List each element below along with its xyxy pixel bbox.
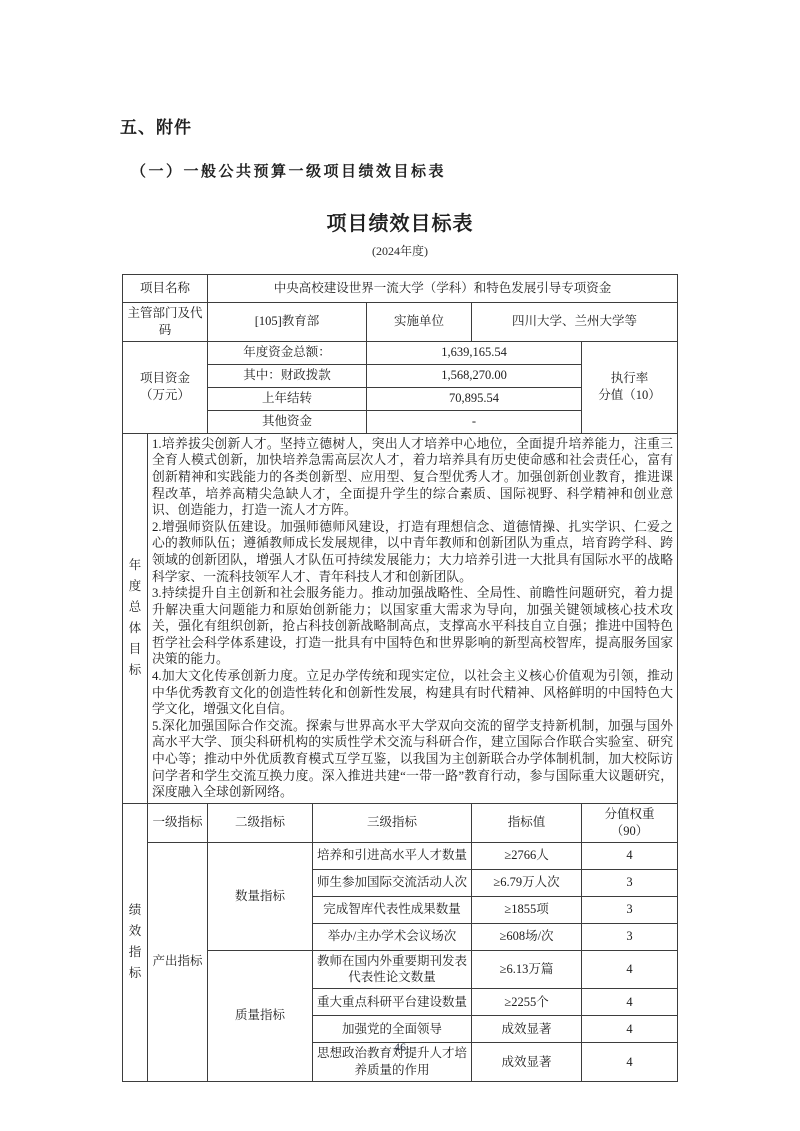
- funding-carryover-value: 70,895.54: [367, 387, 582, 410]
- header-level1: 一级指标: [148, 803, 208, 842]
- indicator-value-cell: ≥2766人: [472, 842, 582, 869]
- indicator-name-cell: 举办/主办学术会议场次: [313, 923, 472, 950]
- annual-goal-label: 年度总体目标: [123, 433, 148, 803]
- subsection-heading: （一）一般公共预算一级项目绩效目标表: [131, 160, 800, 181]
- indicator-value-cell: ≥1855项: [472, 896, 582, 923]
- indicator-name-cell: 培养和引进高水平人才数量: [313, 842, 472, 869]
- indicator-header-row: 绩效指标 一级指标 二级指标 三级指标 指标值 分值权重 （90）: [123, 803, 678, 842]
- indicator-name-cell: 完成智库代表性成果数量: [313, 896, 472, 923]
- performance-target-table: 项目名称 中央高校建设世界一流大学（学科）和特色发展引导专项资金 主管部门及代码…: [122, 274, 678, 1082]
- header-level3: 三级指标: [313, 803, 472, 842]
- indicator-weight-cell: 4: [582, 950, 678, 989]
- indicator-weight-cell: 3: [582, 869, 678, 896]
- implementer-value: 四川大学、兰州大学等: [472, 303, 678, 342]
- implementer-label: 实施单位: [367, 303, 472, 342]
- section-heading: 五、附件: [120, 113, 800, 138]
- indicator-value-cell: ≥2255个: [472, 989, 582, 1016]
- document-page: { "page": { "section_heading": "五、附件", "…: [0, 0, 800, 1131]
- indicator-name-cell: 师生参加国际交流活动人次: [313, 869, 472, 896]
- department-row: 主管部门及代码 [105]教育部 实施单位 四川大学、兰州大学等: [123, 303, 678, 342]
- annual-goal-content: 1.培养拔尖创新人才。坚持立德树人，突出人才培养中心地位，全面提升培养能力，注重…: [148, 433, 678, 803]
- project-name-row: 项目名称 中央高校建设世界一流大学（学科）和特色发展引导专项资金: [123, 275, 678, 303]
- funding-appropriation-value: 1,568,270.00: [367, 364, 582, 387]
- table-subtitle: (2024年度): [0, 242, 800, 259]
- project-name-label: 项目名称: [123, 275, 208, 303]
- goal-paragraph: 2.增强师资队伍建设。加强师德师风建设，打造有理想信念、道德情操、扎实学识、仁爱…: [152, 519, 673, 585]
- header-value: 指标值: [472, 803, 582, 842]
- indicator-value-cell: 成效显著: [472, 1016, 582, 1043]
- indicator-weight-cell: 3: [582, 896, 678, 923]
- header-level2: 二级指标: [208, 803, 313, 842]
- project-name-value: 中央高校建设世界一流大学（学科）和特色发展引导专项资金: [208, 275, 678, 303]
- funding-total-label: 年度资金总额：: [208, 341, 367, 364]
- header-weight: 分值权重 （90）: [582, 803, 678, 842]
- indicator-weight-cell: 3: [582, 923, 678, 950]
- indicator-name-cell: 重大重点科研平台建设数量: [313, 989, 472, 1016]
- indicator-row: 产出指标 数量指标 培养和引进高水平人才数量 ≥2766人 4: [123, 842, 678, 869]
- goal-paragraph: 4.加大文化传承创新力度。立足办学传统和现实定位，以社会主义核心价值观为引领，推…: [152, 668, 673, 718]
- goal-paragraph: 5.深化加强国际合作交流。探索与世界高水平大学双向交流的留学支持新机制，加强与国…: [152, 718, 673, 801]
- indicator-weight-cell: 4: [582, 989, 678, 1016]
- page-number: 46: [0, 1040, 800, 1055]
- indicator-value-cell: ≥6.13万篇: [472, 950, 582, 989]
- indicator-value-cell: ≥608场/次: [472, 923, 582, 950]
- goal-paragraph: 1.培养拔尖创新人才。坚持立德树人，突出人才培养中心地位，全面提升培养能力，注重…: [152, 436, 673, 519]
- annual-goal-row: 年度总体目标 1.培养拔尖创新人才。坚持立德树人，突出人才培养中心地位，全面提升…: [123, 433, 678, 803]
- annual-goal-label-text: 年度总体目标: [129, 555, 142, 681]
- level2-quantity-label: 数量指标: [208, 842, 313, 950]
- funding-total-value: 1,639,165.54: [367, 341, 582, 364]
- funding-carryover-label: 上年结转: [208, 387, 367, 410]
- performance-indicator-label-text: 绩效指标: [129, 900, 142, 984]
- department-label: 主管部门及代码: [123, 303, 208, 342]
- funding-label: 项目资金 （万元）: [123, 341, 208, 433]
- indicator-name-cell: 加强党的全面领导: [313, 1016, 472, 1043]
- table-title: 项目绩效目标表: [0, 207, 800, 236]
- level2-quality-label: 质量指标: [208, 950, 313, 1082]
- department-value: [105]教育部: [208, 303, 367, 342]
- funding-other-label: 其他资金: [208, 410, 367, 433]
- funding-other-value: -: [367, 410, 582, 433]
- indicator-name-cell: 教师在国内外重要期刊发表代表性论文数量: [313, 950, 472, 989]
- goal-paragraph: 3.持续提升自主创新和社会服务能力。推动加强战略性、全局性、前瞻性问题研究，着力…: [152, 585, 673, 668]
- indicator-weight-cell: 4: [582, 1016, 678, 1043]
- execution-rate-label: 执行率 分值（10）: [582, 341, 678, 433]
- indicator-weight-cell: 4: [582, 842, 678, 869]
- funding-row-total: 项目资金 （万元） 年度资金总额： 1,639,165.54 执行率 分值（10…: [123, 341, 678, 364]
- indicator-value-cell: ≥6.79万人次: [472, 869, 582, 896]
- funding-appropriation-label: 其中：财政拨款: [208, 364, 367, 387]
